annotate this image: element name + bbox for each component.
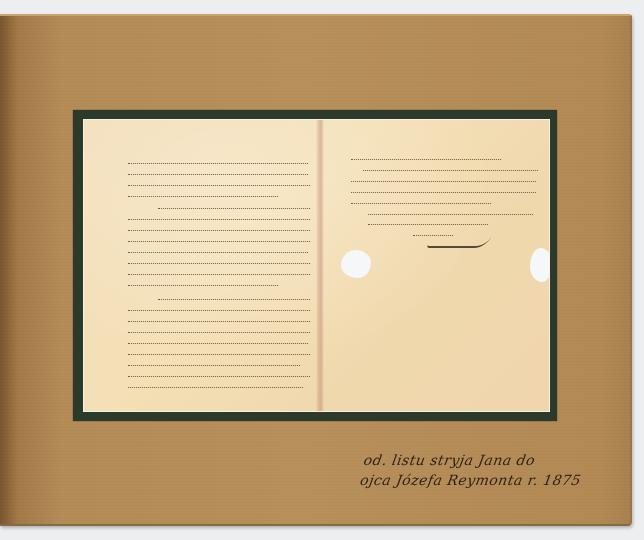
handwriting-line (128, 280, 280, 286)
handwriting-line (128, 169, 310, 175)
signature (426, 236, 492, 248)
handwriting-line (128, 191, 280, 197)
handwriting-line (128, 338, 310, 344)
letter-left-page (84, 120, 316, 411)
handwriting-line (128, 180, 312, 186)
handwriting-line (158, 294, 312, 300)
letter-fold (316, 120, 324, 411)
handwriting-line (351, 154, 503, 160)
handwritten-letter (83, 119, 550, 412)
handwriting-line (128, 316, 312, 322)
handwriting-line (363, 165, 540, 171)
handwriting-line (128, 258, 312, 264)
caption-line-2: ojca Józefa Reymonta r. 1875 (359, 472, 583, 490)
handwriting-line (158, 203, 312, 209)
handwriting-line (128, 327, 312, 333)
paper-hole (341, 250, 371, 278)
handwritten-caption: od. listu stryja Jana do ojca Józefa Rey… (359, 452, 586, 490)
handwriting-line (351, 198, 493, 204)
handwriting-line (128, 158, 310, 164)
handwriting-line (351, 187, 538, 193)
paper-hole (530, 248, 550, 282)
handwriting-line (128, 360, 302, 366)
handwriting-line (128, 305, 312, 311)
handwriting-line (128, 269, 312, 275)
mounting-mat (73, 110, 557, 421)
handwriting-line (351, 176, 538, 182)
handwriting-line (128, 382, 305, 388)
handwriting-line (128, 247, 310, 253)
handwriting-line (368, 209, 535, 215)
handwriting-line (128, 225, 312, 231)
handwriting-line (128, 214, 312, 220)
handwriting-line (368, 219, 490, 225)
handwriting-line (128, 236, 312, 242)
handwriting-line (128, 371, 312, 377)
caption-line-1: od. listu stryja Jana do (362, 452, 586, 470)
handwriting-line (128, 349, 312, 355)
